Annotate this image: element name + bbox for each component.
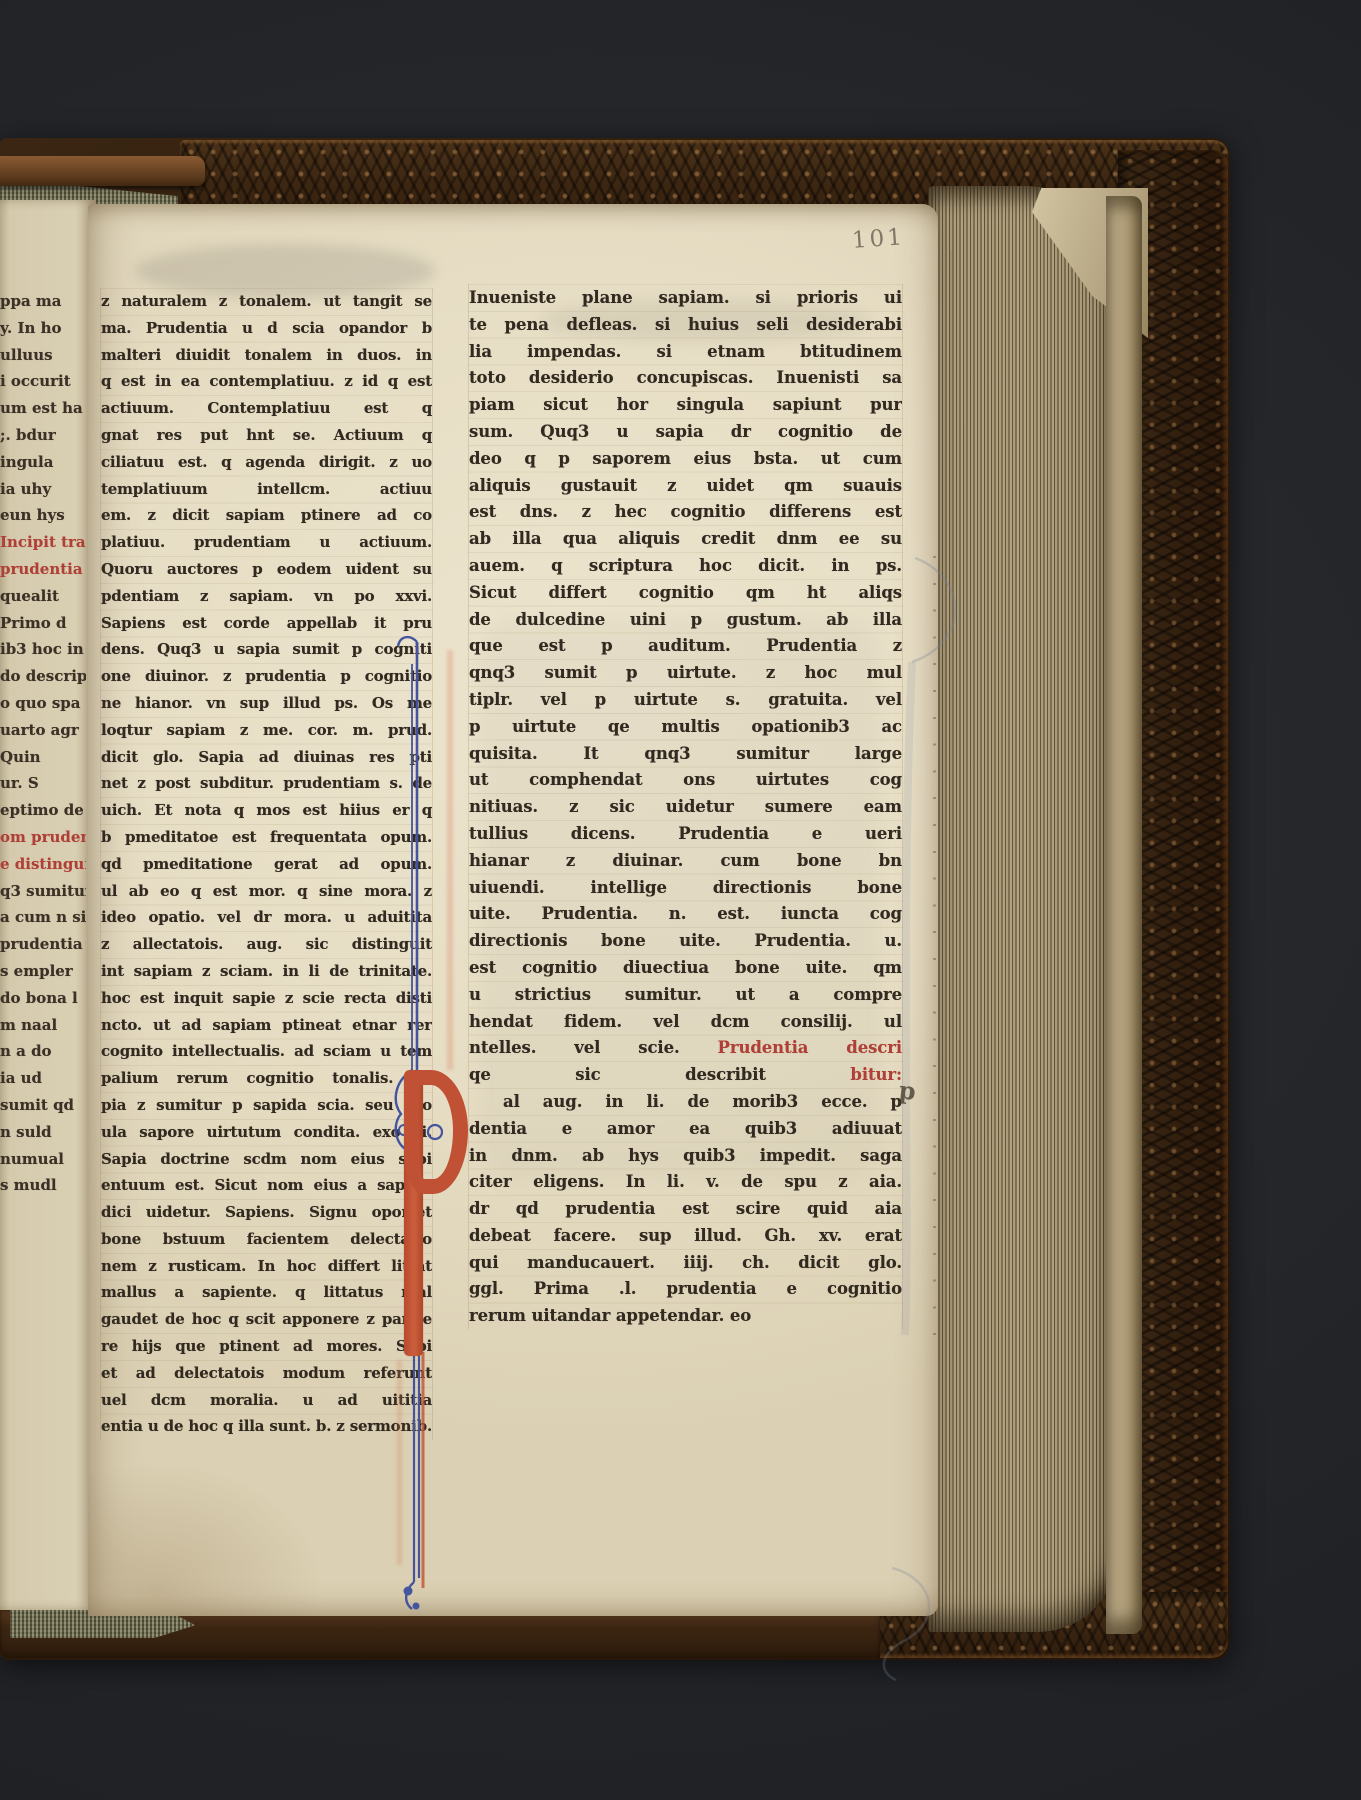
text-line: uite. Prudentia. n. est. iuncta cog [469,900,902,927]
body-text: hoc est inquit sapie z scie recta disti [101,989,432,1007]
text-line: ulluus [0,342,86,369]
body-text: Sapiens est corde appellab it pru [101,614,432,632]
body-text: net z post subditur. prudentiam s. de [101,774,432,792]
body-text: nem z rusticam. In hoc differt littat [101,1257,432,1275]
body-text: est cognitio diuectiua bone uite. qm [469,958,902,977]
text-line: gnat res put hnt se. Actiuum q [101,422,432,449]
text-line: que est p auditum. Prudentia z [469,632,902,659]
body-text: bone bstuum facientem delectatio [101,1230,432,1248]
text-line: qnq3 sumit p uirtute. z hoc mul [469,659,902,686]
body-text: ppa ma [0,292,62,310]
text-line: bone bstuum facientem delectatio [101,1226,432,1253]
text-line: de dulcedine uini p gustum. ab illa [469,606,902,633]
text-line: quisita. It qnq3 sumitur large [469,740,902,767]
text-line: s mudl [0,1172,86,1199]
text-line: ntelles. vel scie. Prudentia descri [469,1034,902,1061]
text-line: ab illa qua aliquis credit dnm ee su [469,525,902,552]
body-text: i occurit [0,372,71,390]
body-text: ula sapore uirtutum condita. exo vi. [101,1123,432,1141]
body-text: sumit qd [0,1096,74,1114]
text-line: z allectatois. aug. sic distinguit [101,931,432,958]
body-text: s empler [0,962,73,980]
body-text: actiuum. Contemplatiuu est q [101,399,432,417]
text-line: eptimo de [0,797,86,824]
body-text: ia ud [0,1069,42,1087]
text-line: uich. Et nota q mos est hiius er q [101,797,432,824]
body-text: hendat fidem. vel dcm consilij. ul [469,1012,902,1031]
text-line: eun hys [0,502,86,529]
folio-number: 101 [851,224,906,254]
body-text: Sapia doctrine scdm nom eius sapi [101,1150,432,1168]
text-line: aliquis gustauit z uidet qm suauis [469,472,902,499]
show-through-ghost-flourish [860,520,1000,1720]
body-text: de dulcedine uini p gustum. ab illa [469,610,902,629]
body-text: que est p auditum. Prudentia z [469,636,902,655]
text-line: ib3 hoc in [0,636,86,663]
text-column-right: Inueniste plane sapiam. si prioris uite … [468,284,903,1329]
body-text: ingula [0,453,53,471]
body-text: Sicut differt cognitio qm ht aliqs [469,583,902,602]
text-line: re hijs que ptinent ad mores. Sapi [101,1333,432,1360]
text-line: u strictius sumitur. ut a compre [469,981,902,1008]
text-line: rerum uitandar appetendar. eo [469,1302,902,1329]
text-line: entuum est. Sicut nom eius a sapore [101,1172,432,1199]
body-text: dentia e amor ea quib3 adiuuat [469,1119,902,1138]
body-text: n a do [0,1042,52,1060]
text-line: ingula [0,449,86,476]
text-line: in dnm. ab hys quib3 impedit. saga [469,1142,902,1169]
body-text: y. In ho [0,319,62,337]
body-text: palium rerum cognitio tonalis. Sa [101,1069,432,1087]
body-text: ulluus [0,346,53,364]
body-text: entia u de hoc q illa sunt. b. z sermoni… [101,1417,432,1435]
text-line: s empler [0,958,86,985]
body-text: b pmeditatoe est frequentata opum. [101,828,432,846]
body-text: sum. Quq3 u sapia dr cognitio de [469,422,902,441]
body-text: pdentiam z sapiam. vn po xxvi. [101,587,432,605]
text-line: uarto agr [0,717,86,744]
body-text: citer eligens. In li. v. de spu z aia. [469,1172,902,1191]
text-line: quealit [0,583,86,610]
body-text: mallus a sapiente. q littatus mal [101,1283,432,1301]
body-text: directionis bone uite. Prudentia. u. [469,931,902,950]
text-line: pdentiam z sapiam. vn po xxvi. [101,583,432,610]
text-line: deo q p saporem eius bsta. ut cum [469,445,902,472]
text-column-left: z naturalem z tonalem. ut tangit sema. P… [100,288,433,1440]
text-line: est cognitio diuectiua bone uite. qm [469,954,902,981]
text-line: tiplr. vel p uirtute s. gratuita. vel [469,686,902,713]
body-text: quealit [0,587,59,605]
text-line: Quoru auctores p eodem uident su [101,556,432,583]
body-text: rerum uitandar appetendar. eo [469,1306,751,1325]
body-text: ideo opatio. vel dr mora. u aduitita [101,908,432,926]
text-line: int sapiam z sciam. in li de trinitate. [101,958,432,985]
body-text: qd pmeditatione gerat ad opum. [101,855,432,873]
body-text: gnat res put hnt se. Actiuum q [101,426,432,444]
body-text: eptimo de [0,801,84,819]
body-text: et ad delectatois modum referunt [101,1364,432,1382]
body-text: Quoru auctores p eodem uident su [101,560,432,578]
body-text: lia impendas. si etnam btitudinem [469,342,902,361]
body-text: est dns. z hec cognitio differens est [469,502,902,521]
text-line: ppa ma [0,288,86,315]
text-line: om pruden [0,824,86,851]
binding-strap [0,156,205,186]
text-line: malteri diuidit tonalem in duos. in [101,342,432,369]
text-line: numual [0,1146,86,1173]
body-text: ggl. Prima .l. prudentia e cognitio [469,1279,902,1298]
rubric-text: e distinguit [0,855,86,873]
body-text: um est ha [0,399,83,417]
text-line: dicit glo. Sapia ad diuinas res pti [101,744,432,771]
text-line: o quo spa [0,690,86,717]
text-line: ideo opatio. vel dr mora. u aduitita [101,904,432,931]
text-line: templatiuum intellcm. actiuu [101,476,432,503]
text-line: z naturalem z tonalem. ut tangit se [101,288,432,315]
body-text: deo q p saporem eius bsta. ut cum [469,449,902,468]
body-text: uel dcm moralia. u ad uititia [101,1391,432,1409]
body-text: hianar z diuinar. cum bone bn [469,851,902,870]
body-text: qe sic describit [469,1065,850,1084]
text-line: lia impendas. si etnam btitudinem [469,338,902,365]
margin-letter-mark: p [898,1075,918,1106]
manuscript-photo: ppa may. In houlluusi occuritum est ha;.… [0,0,1361,1800]
rubric-text: prudentia [0,560,83,578]
text-line: Quin [0,744,86,771]
text-line: et ad delectatois modum referunt [101,1360,432,1387]
body-text: aliquis gustauit z uidet qm suauis [469,476,902,495]
body-text: ab illa qua aliquis credit dnm ee su [469,529,902,548]
body-text: tullius dicens. Prudentia e ueri [469,824,902,843]
body-text: ul ab eo q est mor. q sine mora. z [101,882,432,900]
body-text: debeat facere. sup illud. Gh. xv. erat [469,1226,902,1245]
text-line: Sicut differt cognitio qm ht aliqs [469,579,902,606]
rubric-text: Incipit tra [0,533,86,551]
body-text: malteri diuidit tonalem in duos. in [101,346,432,364]
rubric-text: om pruden [0,828,86,846]
body-text: z naturalem z tonalem. ut tangit se [101,292,432,310]
body-text: ;. bdur [0,426,56,444]
body-text: p uirtute qe multis opationib3 ac [469,717,902,736]
body-text: te pena defleas. si huius seli desiderab… [469,315,902,334]
body-text: n suld [0,1123,52,1141]
text-line: auem. q scriptura hoc dicit. in ps. [469,552,902,579]
text-line: dens. Quq3 u sapia sumit p cogniti [101,636,432,663]
body-text: ma. Prudentia u d scia opandor b [101,319,432,337]
body-text: q3 sumitur [0,882,86,900]
text-line: pia z sumitur p sapida scia. seu pro [101,1092,432,1119]
text-line: p uirtute qe multis opationib3 ac [469,713,902,740]
text-line: prudentia [0,931,86,958]
text-line: loqtur sapiam z me. cor. m. prud. [101,717,432,744]
text-line: e distinguit [0,851,86,878]
body-text: dici uidetur. Sapiens. Signu oportet [101,1203,432,1221]
body-text: ne hianor. vn sup illud ps. Os me [101,694,432,712]
text-line: mallus a sapiente. q littatus mal [101,1279,432,1306]
text-line: toto desiderio concupiscas. Inuenisti sa [469,364,902,391]
body-text: auem. q scriptura hoc dicit. in ps. [469,556,902,575]
text-line: do bona l [0,985,86,1012]
text-line: Inueniste plane sapiam. si prioris ui [469,284,902,311]
body-text: prudentia [0,935,83,953]
text-line: q est in ea contemplatiuu. z id q est [101,368,432,395]
text-line: dici uidetur. Sapiens. Signu oportet [101,1199,432,1226]
body-text: ur. S [0,774,39,792]
text-line: qe sic describit bitur: [469,1061,902,1088]
text-line: Sapiens est corde appellab it pru [101,610,432,637]
body-text: uiuendi. intellige directionis bone [469,878,902,897]
body-text: do bona l [0,989,78,1007]
body-text: qnq3 sumit p uirtute. z hoc mul [469,663,902,682]
text-line: one diuinor. z prudentia p cognitio [101,663,432,690]
text-line: ur. S [0,770,86,797]
text-line: ul ab eo q est mor. q sine mora. z [101,878,432,905]
text-line: dr qd prudentia est scire quid aia [469,1195,902,1222]
text-line: ia ud [0,1065,86,1092]
body-text: piam sicut hor singula sapiunt pur [469,395,902,414]
text-line: piam sicut hor singula sapiunt pur [469,391,902,418]
body-text: gaudet de hoc q scit apponere z pande [101,1310,432,1328]
body-text: ntelles. vel scie. [469,1038,718,1057]
body-text: ncto. ut ad sapiam ptineat etnar rer [101,1016,432,1034]
text-line: n suld [0,1119,86,1146]
text-line: te pena defleas. si huius seli desiderab… [469,311,902,338]
text-line: uel dcm moralia. u ad uititia [101,1387,432,1414]
body-text: s mudl [0,1176,57,1194]
text-line: sum. Quq3 u sapia dr cognitio de [469,418,902,445]
text-line: m naal [0,1012,86,1039]
board-edge [1106,196,1142,1634]
text-line: ;. bdur [0,422,86,449]
text-line: actiuum. Contemplatiuu est q [101,395,432,422]
body-text: m naal [0,1016,57,1034]
text-line: directionis bone uite. Prudentia. u. [469,927,902,954]
text-line: um est ha [0,395,86,422]
text-line: ula sapore uirtutum condita. exo vi. [101,1119,432,1146]
body-text: z allectatois. aug. sic distinguit [101,935,432,953]
text-line: gaudet de hoc q scit apponere z pande [101,1306,432,1333]
body-text: nitiuas. z sic uidetur sumere eam [469,797,902,816]
body-text: dicit glo. Sapia ad diuinas res pti [101,748,432,766]
body-text: Primo d [0,614,66,632]
text-line: ma. Prudentia u d scia opandor b [101,315,432,342]
text-line: qui manducauert. iiij. ch. dicit glo. [469,1249,902,1276]
text-line: cognito intellectualis. ad sciam u tem [101,1038,432,1065]
body-text: uich. Et nota q mos est hiius er q [101,801,432,819]
text-line: net z post subditur. prudentiam s. de [101,770,432,797]
body-text: uarto agr [0,721,79,739]
text-line: ggl. Prima .l. prudentia e cognitio [469,1275,902,1302]
text-line: ut comphendat ons uirtutes cog [469,766,902,793]
text-line: debeat facere. sup illud. Gh. xv. erat [469,1222,902,1249]
body-text: do descrip [0,667,86,685]
body-text: pia z sumitur p sapida scia. seu pro [101,1096,432,1114]
text-line: hianar z diuinar. cum bone bn [469,847,902,874]
text-line: ne hianor. vn sup illud ps. Os me [101,690,432,717]
text-line: hendat fidem. vel dcm consilij. ul [469,1008,902,1035]
body-text: em. z dicit sapiam ptinere ad co [101,506,432,524]
body-text: ut comphendat ons uirtutes cog [469,770,902,789]
text-line: Primo d [0,610,86,637]
body-text: o quo spa [0,694,81,712]
body-text: int sapiam z sciam. in li de trinitate. [101,962,432,980]
body-text: ciliatuu est. q agenda dirigit. z uo [101,453,432,471]
text-line: nitiuas. z sic uidetur sumere eam [469,793,902,820]
text-line: do descrip [0,663,86,690]
text-line: i occurit [0,368,86,395]
body-text: numual [0,1150,64,1168]
text-line: qd pmeditatione gerat ad opum. [101,851,432,878]
text-line: al aug. in li. de morib3 ecce. p [469,1088,902,1115]
text-line: nem z rusticam. In hoc differt littat [101,1253,432,1280]
body-text: loqtur sapiam z me. cor. m. prud. [101,721,432,739]
text-line: hoc est inquit sapie z scie recta disti [101,985,432,1012]
body-text: toto desiderio concupiscas. Inuenisti sa [469,368,902,387]
body-text: qui manducauert. iiij. ch. dicit glo. [469,1253,902,1272]
text-line: prudentia [0,556,86,583]
body-text: templatiuum intellcm. actiuu [101,480,432,498]
text-line: entia u de hoc q illa sunt. b. z sermoni… [101,1413,432,1440]
body-text: quisita. It qnq3 sumitur large [469,744,902,763]
text-line: ciliatuu est. q agenda dirigit. z uo [101,449,432,476]
text-line: n a do [0,1038,86,1065]
text-line: y. In ho [0,315,86,342]
text-line: est dns. z hec cognitio differens est [469,498,902,525]
text-line: q3 sumitur [0,878,86,905]
body-text: in dnm. ab hys quib3 impedit. saga [469,1146,902,1165]
text-strip-underlying-page: ppa may. In houlluusi occuritum est ha;.… [0,288,86,1199]
body-text: uite. Prudentia. n. est. iuncta cog [469,904,902,923]
body-text: re hijs que ptinent ad mores. Sapi [101,1337,432,1355]
text-line: Sapia doctrine scdm nom eius sapi [101,1146,432,1173]
text-line: uiuendi. intellige directionis bone [469,874,902,901]
text-line: sumit qd [0,1092,86,1119]
body-text: dr qd prudentia est scire quid aia [469,1199,902,1218]
body-text: q est in ea contemplatiuu. z id q est [101,372,432,390]
body-text: tiplr. vel p uirtute s. gratuita. vel [469,690,902,709]
text-line: dentia e amor ea quib3 adiuuat [469,1115,902,1142]
body-text: ib3 hoc in [0,640,84,658]
body-text: u strictius sumitur. ut a compre [469,985,902,1004]
text-line: ncto. ut ad sapiam ptineat etnar rer [101,1012,432,1039]
text-line: ia uhy [0,476,86,503]
body-text: eun hys [0,506,65,524]
body-text: entuum est. Sicut nom eius a sapore [101,1176,432,1194]
body-text: cognito intellectualis. ad sciam u tem [101,1042,432,1060]
body-text: ia uhy [0,480,51,498]
body-text: platiuu. prudentiam u actiuum. [101,533,432,551]
body-text: dens. Quq3 u sapia sumit p cogniti [101,640,432,658]
initial-letter: P [0,0,1,1]
text-line: palium rerum cognitio tonalis. Sa [101,1065,432,1092]
text-line: citer eligens. In li. v. de spu z aia. [469,1168,902,1195]
text-line: a cum n sit [0,904,86,931]
text-line: platiuu. prudentiam u actiuum. [101,529,432,556]
text-line: em. z dicit sapiam ptinere ad co [101,502,432,529]
body-text: Inueniste plane sapiam. si prioris ui [469,288,902,307]
text-line: tullius dicens. Prudentia e ueri [469,820,902,847]
body-text: Quin [0,748,41,766]
text-line: b pmeditatoe est frequentata opum. [101,824,432,851]
text-line: Incipit tra [0,529,86,556]
body-text: a cum n sit [0,908,86,926]
body-text: al aug. in li. de morib3 ecce. p [503,1092,902,1111]
body-text: one diuinor. z prudentia p cognitio [101,667,432,685]
